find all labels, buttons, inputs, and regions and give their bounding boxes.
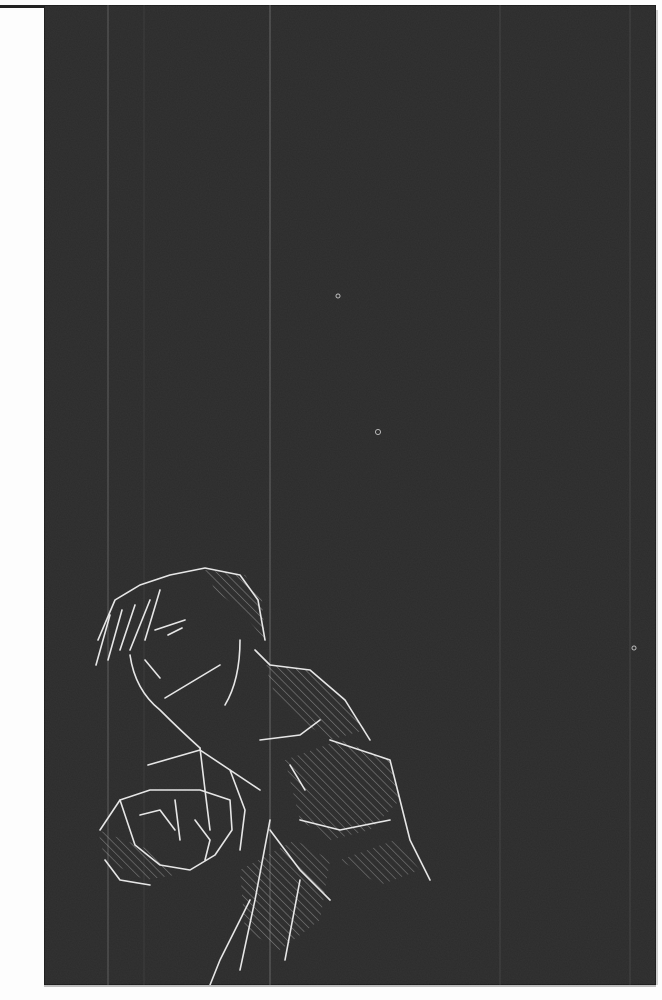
page-edge xyxy=(656,10,658,985)
panel-illustration xyxy=(44,5,656,985)
manga-page xyxy=(0,0,662,1000)
grain-texture xyxy=(44,5,656,985)
dark-panel xyxy=(44,5,656,985)
panel-bottom-edge xyxy=(44,985,656,987)
